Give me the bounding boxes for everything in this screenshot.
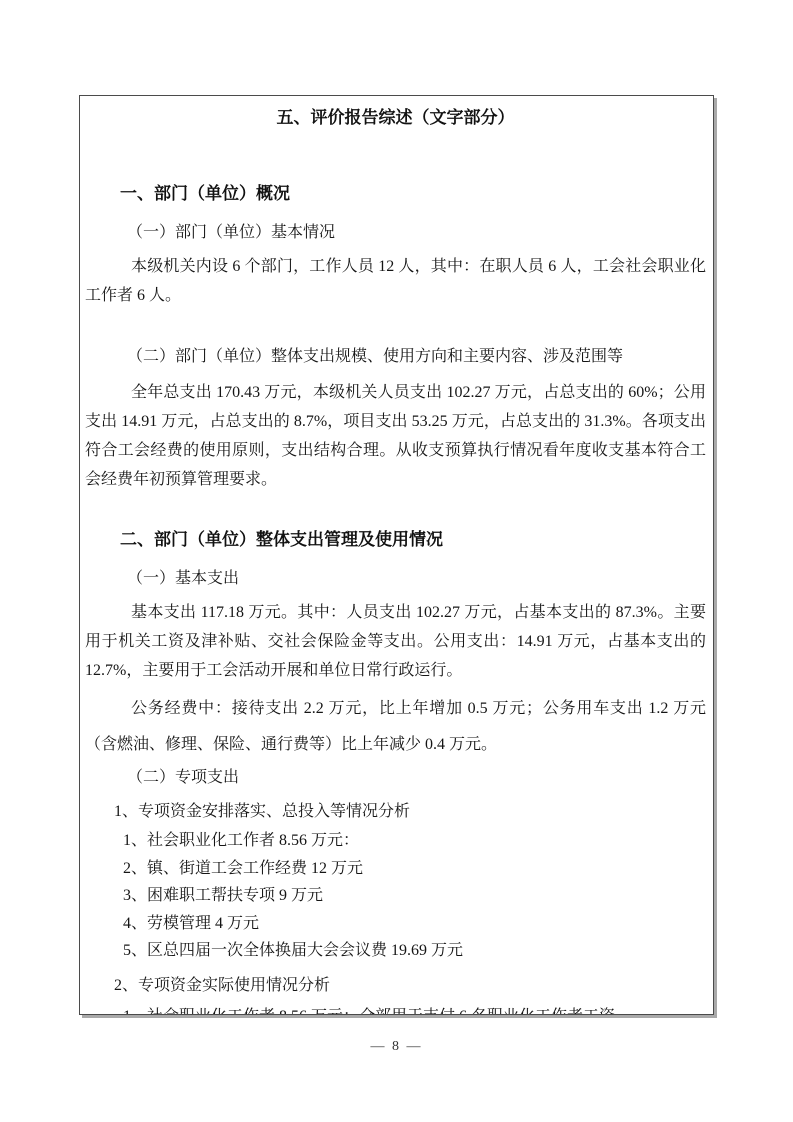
list-item: 4、劳模管理 4 万元 <box>123 910 706 938</box>
list-item: 3、困难职工帮扶专项 9 万元 <box>123 882 706 910</box>
section2-sub1-heading: （一）基本支出 <box>85 568 706 590</box>
list-item: 1、社会职业化工作者 8.56 万元： <box>123 827 706 855</box>
report-title: 五、评价报告综述（文字部分） <box>85 106 706 129</box>
section2-sub2-heading: （二）专项支出 <box>85 767 706 789</box>
section2-sub1-paragraph2: 公务经费中：接待支出 2.2 万元，比上年增加 0.5 万元；公务用车支出 1.… <box>85 691 706 763</box>
special-funds-arrangement-heading: 1、专项资金安排落实、总投入等情况分析 <box>114 801 706 823</box>
list-item: 1、社会职业化工作者 8.56 万元：全部用于支付 6 名职业化工作者工资 <box>123 1003 706 1016</box>
section1-sub2-paragraph: 全年总支出 170.43 万元，本级机关人员支出 102.27 万元，占总支出的… <box>85 378 706 494</box>
section2-sub1-paragraph1: 基本支出 117.18 万元。其中：人员支出 102.27 万元，占基本支出的 … <box>85 598 706 685</box>
list-item: 5、区总四届一次全体换届大会会议费 19.69 万元 <box>123 937 706 965</box>
special-funds-arrangement-list: 1、社会职业化工作者 8.56 万元： 2、镇、街道工会工作经费 12 万元 3… <box>85 827 706 965</box>
report-border-box: 五、评价报告综述（文字部分） 一、部门（单位）概况 （一）部门（单位）基本情况 … <box>79 95 714 1015</box>
section1-sub1-heading: （一）部门（单位）基本情况 <box>85 222 706 244</box>
section1-sub2-heading: （二）部门（单位）整体支出规模、使用方向和主要内容、涉及范围等 <box>85 346 706 368</box>
section1-heading: 一、部门（单位）概况 <box>120 182 706 205</box>
special-funds-usage-heading: 2、专项资金实际使用情况分析 <box>114 975 706 997</box>
list-item: 2、镇、街道工会工作经费 12 万元 <box>123 855 706 883</box>
special-funds-usage-list: 1、社会职业化工作者 8.56 万元：全部用于支付 6 名职业化工作者工资 <box>85 1003 706 1016</box>
document-page: { "page": { "footer_page_number": "— 8 —… <box>0 0 793 1122</box>
section2-heading: 二、部门（单位）整体支出管理及使用情况 <box>120 528 706 551</box>
page-number: — 8 — <box>0 1038 793 1056</box>
section1-sub1-paragraph: 本级机关内设 6 个部门，工作人员 12 人，其中：在职人员 6 人，工会社会职… <box>85 252 706 310</box>
